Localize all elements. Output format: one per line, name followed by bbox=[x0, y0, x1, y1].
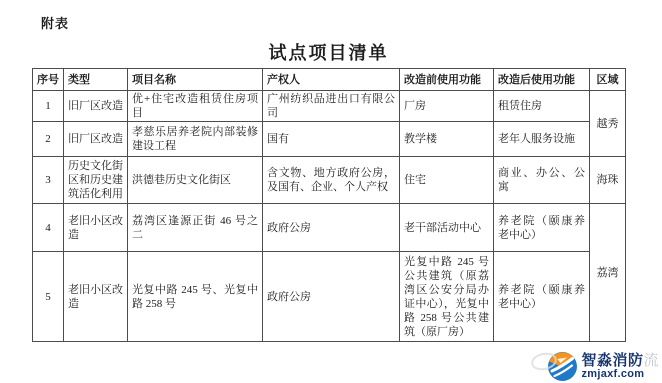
cell-after: 养老院（颐康养老中心） bbox=[494, 204, 590, 252]
table-row: 5 老旧小区改造 光复中路 245 号、光复中路 258 号 政府公房 光复中路… bbox=[33, 252, 626, 342]
cell-owner: 政府公房 bbox=[263, 252, 400, 342]
cell-name: 光复中路 245 号、光复中路 258 号 bbox=[128, 252, 263, 342]
cell-no: 5 bbox=[33, 252, 64, 342]
brand-name: 智淼消防流 bbox=[581, 353, 659, 368]
table-row: 2 旧厂区改造 孝慈乐居养老院内部装修建设工程 国有 教学楼 老年人服务设施 bbox=[33, 122, 626, 157]
header-after: 改造后使用功能 bbox=[494, 69, 590, 91]
header-type: 类型 bbox=[64, 69, 128, 91]
cell-type: 旧厂区改造 bbox=[64, 122, 128, 157]
header-no: 序号 bbox=[33, 69, 64, 91]
cell-before: 老干部活动中心 bbox=[400, 204, 494, 252]
cell-before: 教学楼 bbox=[400, 122, 494, 157]
cell-no: 4 bbox=[33, 204, 64, 252]
cell-name: 荔湾区逢源正街 46 号之二 bbox=[128, 204, 263, 252]
site-watermark: 智淼消防流 zmjaxf.com bbox=[547, 351, 659, 382]
cell-owner: 国有 bbox=[263, 122, 400, 157]
project-table: 序号 类型 项目名称 产权人 改造前使用功能 改造后使用功能 区域 1 旧厂区改… bbox=[32, 68, 626, 342]
table-row: 3 历史文化街区和历史建筑活化利用 洪德巷历史文化街区 含文物、地方政府公房，及… bbox=[33, 157, 626, 204]
header-before: 改造前使用功能 bbox=[400, 69, 494, 91]
cell-owner: 含文物、地方政府公房，及国有、企业、个人产权 bbox=[263, 157, 400, 204]
cell-before: 厂房 bbox=[400, 91, 494, 122]
header-owner: 产权人 bbox=[263, 69, 400, 91]
table-header-row: 序号 类型 项目名称 产权人 改造前使用功能 改造后使用功能 区域 bbox=[33, 69, 626, 91]
cell-owner: 政府公房 bbox=[263, 204, 400, 252]
cell-name: 孝慈乐居养老院内部装修建设工程 bbox=[128, 122, 263, 157]
cell-type: 历史文化街区和历史建筑活化利用 bbox=[64, 157, 128, 204]
table-row: 4 老旧小区改造 荔湾区逢源正街 46 号之二 政府公房 老干部活动中心 养老院… bbox=[33, 204, 626, 252]
attachment-label: 附表 bbox=[41, 13, 69, 32]
cell-after: 商业、办公、公寓 bbox=[494, 157, 590, 204]
cell-no: 2 bbox=[33, 122, 64, 157]
cell-before: 光复中路 245 号公共建筑（原荔湾区公安分局办证中心），光复中路 258 号公… bbox=[400, 252, 494, 342]
cell-region: 海珠 bbox=[590, 157, 626, 204]
table-row: 1 旧厂区改造 优+住宅改造租赁住房项目 广州纺织品进出口有限公司 厂房 租赁住… bbox=[33, 91, 626, 122]
cell-after: 租赁住房 bbox=[494, 91, 590, 122]
cell-after: 养老院（颐康养老中心） bbox=[494, 252, 590, 342]
page-title: 试点项目清单 bbox=[32, 39, 625, 65]
header-region: 区域 bbox=[590, 69, 626, 91]
brand-domain: zmjaxf.com bbox=[581, 369, 659, 380]
cell-region: 越秀 bbox=[590, 91, 626, 157]
cell-after: 老年人服务设施 bbox=[494, 122, 590, 157]
cell-type: 老旧小区改造 bbox=[64, 252, 128, 342]
cell-type: 旧厂区改造 bbox=[64, 91, 128, 122]
cell-name: 洪德巷历史文化街区 bbox=[128, 157, 263, 204]
cell-name: 优+住宅改造租赁住房项目 bbox=[128, 91, 263, 122]
cell-no: 1 bbox=[33, 91, 64, 122]
cell-owner: 广州纺织品进出口有限公司 bbox=[263, 91, 400, 122]
watermark-suffix-text: 流 bbox=[643, 352, 659, 369]
cell-type: 老旧小区改造 bbox=[64, 204, 128, 252]
cell-no: 3 bbox=[33, 157, 64, 204]
header-name: 项目名称 bbox=[128, 69, 263, 91]
cell-before: 住宅 bbox=[400, 157, 494, 204]
cell-region: 荔湾 bbox=[590, 204, 626, 342]
